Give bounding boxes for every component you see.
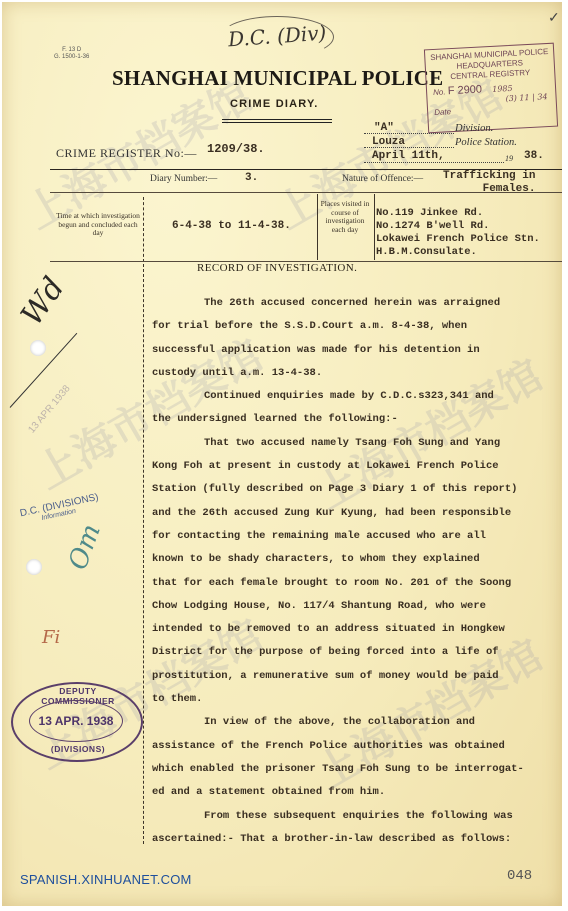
document-subtitle: CRIME DIARY. [230, 98, 319, 110]
record-line: assistance of the French Police authorit… [152, 735, 562, 758]
record-line: and the 26th accused Zung Kur Kyung, had… [152, 502, 562, 525]
place-item: No.1274 B'well Rd. [376, 220, 540, 233]
record-line: for trial before the S.S.D.Court a.m. 8-… [152, 315, 562, 338]
oval-stamp-bottom: (DIVISIONS) [23, 744, 133, 754]
offence-line: Females. [443, 183, 535, 196]
record-line: ed and a statement obtained from him. [152, 781, 562, 804]
place-item: No.119 Jinkee Rd. [376, 207, 540, 220]
title-double-rule [222, 119, 332, 123]
record-line: successful application was made for his … [152, 339, 562, 362]
margin-divider [143, 264, 144, 844]
year-value: 38. [524, 150, 544, 162]
division-label: Division. [455, 123, 493, 134]
record-line: that for each female brought to room No.… [152, 572, 562, 595]
deputy-commissioner-stamp: DEPUTY COMMISSIONER 13 APR. 1938 (DIVISI… [11, 682, 143, 762]
table-column-divider [317, 194, 318, 260]
source-watermark-link: SPANISH.XINHUANET.COM [20, 872, 192, 887]
record-line: Continued enquiries made by C.D.C.s323,3… [152, 385, 562, 408]
record-line: District for the purpose of being forced… [152, 641, 562, 664]
punch-hole [30, 340, 46, 356]
record-line: From these subsequent enquiries the foll… [152, 805, 562, 828]
investigation-period-value: 6-4-38 to 11-4-38. [172, 220, 291, 232]
margin-handwriting: Wd [14, 271, 71, 332]
table-column-divider [143, 197, 144, 262]
time-of-investigation-label: Time at which investigation begun and co… [54, 212, 142, 238]
year-label: 19 [505, 154, 513, 163]
record-line: which enabled the prisoner Tsang Foh Sun… [152, 758, 562, 781]
record-line: intended to be removed to an address sit… [152, 618, 562, 641]
record-line: That two accused namely Tsang Foh Sung a… [152, 432, 562, 455]
record-line: to them. [152, 688, 562, 711]
date-dotted-line [364, 162, 504, 163]
record-line: for contacting the remaining male accuse… [152, 525, 562, 548]
record-line: ascertained:- That a brother-in-law desc… [152, 828, 562, 851]
place-item: Lokawei French Police Stn. [376, 233, 540, 246]
form-reference: F. 13 D G. 1500-1-36 [54, 47, 89, 61]
nature-of-offence-label: Nature of Offence:— [342, 174, 423, 184]
table-mid-rule [50, 192, 562, 193]
record-line: In view of the above, the collaboration … [152, 711, 562, 734]
crime-diary-document: 上海市档案馆 上海市档案馆 上海市档案馆 上海市档案馆 上海市档案馆 上海市档案… [2, 2, 562, 906]
crime-register-label: CRIME REGISTER No:— [56, 146, 197, 161]
record-line: Kong Foh at present in custody at Lokawe… [152, 455, 562, 478]
record-line: prostitution, a remunerative sum of mone… [152, 665, 562, 688]
station-dotted-line [364, 147, 454, 148]
diary-number-label: Diary Number:— [150, 174, 217, 184]
record-line: Chow Lodging House, No. 117/4 Shantung R… [152, 595, 562, 618]
record-of-investigation-heading: RECORD OF INVESTIGATION. [197, 262, 357, 274]
places-visited-label: Places visited in course of investigatio… [319, 200, 371, 234]
record-line: Station (fully described on Page 3 Diary… [152, 478, 562, 501]
places-visited-list: No.119 Jinkee Rd. No.1274 B'well Rd. Lok… [376, 207, 540, 259]
registry-number: F 2900 [447, 83, 482, 97]
diary-number-value: 3. [245, 172, 258, 184]
registry-year-note: 1985 [492, 84, 513, 94]
form-ref-line: G. 1500-1-36 [54, 54, 89, 61]
place-item: H.B.M.Consulate. [376, 246, 540, 259]
crime-register-value: 1209/38. [207, 142, 265, 156]
table-column-divider [374, 194, 375, 260]
record-line: the undersigned learned the following:- [152, 408, 562, 431]
station-label: Police Station. [455, 137, 517, 148]
handwritten-initial: Fi [42, 627, 60, 648]
document-title: SHANGHAI MUNICIPAL POLICE [112, 66, 443, 91]
central-registry-stamp: SHANGHAI MUNICIPAL POLICE HEADQUARTERS C… [424, 43, 558, 134]
offence-line: Trafficking in [443, 170, 535, 183]
punch-hole [26, 559, 42, 575]
check-mark-icon: ✓ [548, 10, 560, 27]
investigation-record-body: The 26th accused concerned herein was ar… [152, 292, 562, 851]
oval-stamp-date: 13 APR. 1938 [29, 700, 123, 742]
form-ref-line: F. 13 D [54, 47, 89, 54]
record-line: known to be shady characters, to whom th… [152, 548, 562, 571]
margin-handwriting-teal: Om [63, 520, 107, 573]
record-line: custody until a.m. 13-4-38. [152, 362, 562, 385]
division-dotted-line [364, 133, 454, 134]
date-value: April 11th, [372, 150, 445, 162]
stamp-no-label: No. [433, 87, 446, 97]
record-line: The 26th accused concerned herein was ar… [152, 292, 562, 315]
page-number: 048 [507, 868, 532, 884]
